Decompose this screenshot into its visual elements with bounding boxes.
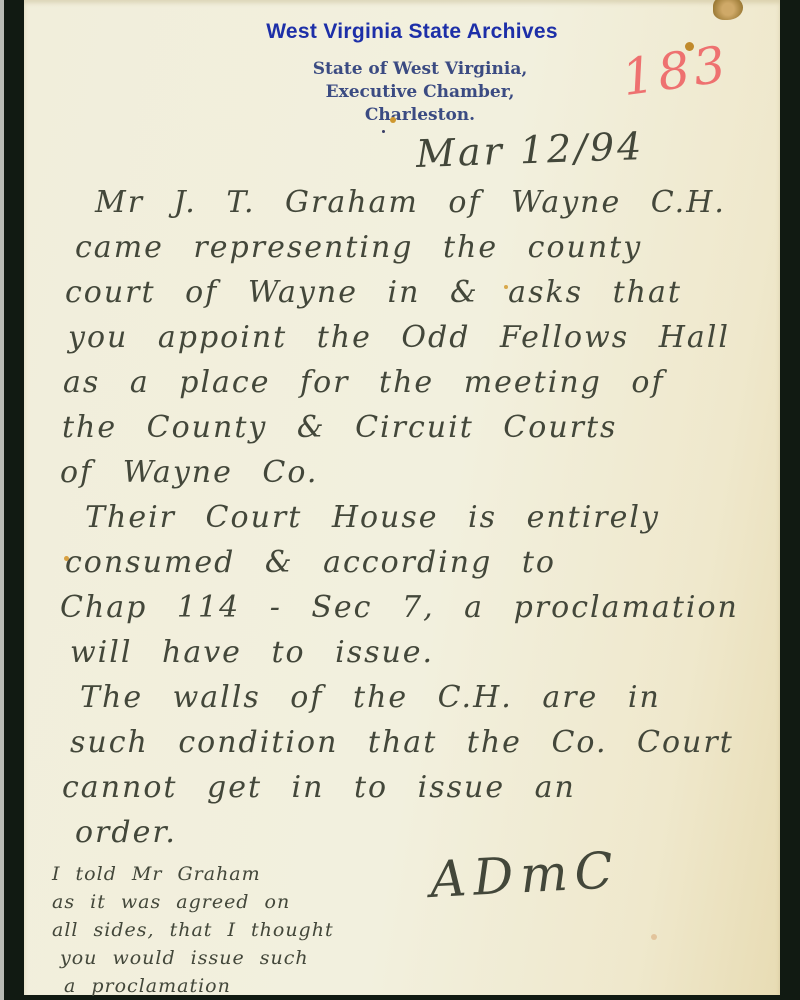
paper-stain xyxy=(64,556,69,561)
letter-paper: West Virginia State Archives State of We… xyxy=(24,0,780,995)
paper-stain xyxy=(390,117,396,123)
handwritten-line: The walls of the C.H. are in xyxy=(80,675,766,720)
scan-edge-sliver xyxy=(0,0,4,1000)
postscript-line: you would issue such xyxy=(60,944,412,972)
scanned-letter-page: { "archive_header": { "title": "West Vir… xyxy=(0,0,800,1000)
handwritten-line: of Wayne Co. xyxy=(60,450,766,495)
letter-postscript: I told Mr Graham as it was agreed on all… xyxy=(52,860,412,1000)
paper-stain xyxy=(504,285,508,289)
letter-body: Mr J. T. Graham of Wayne C.H. came repre… xyxy=(60,180,766,855)
archive-banner-title: West Virginia State Archives xyxy=(34,20,790,44)
postscript-line: I told Mr Graham xyxy=(52,860,412,888)
handwritten-line: court of Wayne in & asks that xyxy=(65,270,766,315)
paper-stain xyxy=(651,934,657,940)
handwritten-line: the County & Circuit Courts xyxy=(62,405,766,450)
handwritten-line: such condition that the Co. Court xyxy=(70,720,766,765)
paper-stain xyxy=(713,0,743,20)
handwritten-signature: ADmC xyxy=(429,841,622,909)
handwritten-line: Chap 114 - Sec 7, a proclamation xyxy=(60,585,766,630)
handwritten-line: Their Court House is entirely xyxy=(85,495,766,540)
handwritten-line: consumed & according to xyxy=(65,540,766,585)
postscript-line: as it was agreed on xyxy=(52,888,412,916)
postscript-line: a proclamation xyxy=(64,972,412,1000)
ink-speck xyxy=(382,130,385,133)
postscript-line: all sides, that I thought xyxy=(52,916,412,944)
handwritten-line: you appoint the Odd Fellows Hall xyxy=(68,315,766,360)
handwritten-line: will have to issue. xyxy=(70,630,766,675)
handwritten-line: order. xyxy=(75,810,766,855)
letterhead-line-city: Charleston. xyxy=(42,104,798,127)
handwritten-line: as a place for the meeting of xyxy=(63,360,766,405)
paper-stain xyxy=(685,42,694,51)
handwritten-line: cannot get in to issue an xyxy=(62,765,766,810)
handwritten-line: came representing the county xyxy=(75,225,766,270)
handwritten-date: Mar 12/94 xyxy=(415,124,645,176)
handwritten-line: Mr J. T. Graham of Wayne C.H. xyxy=(95,180,766,225)
